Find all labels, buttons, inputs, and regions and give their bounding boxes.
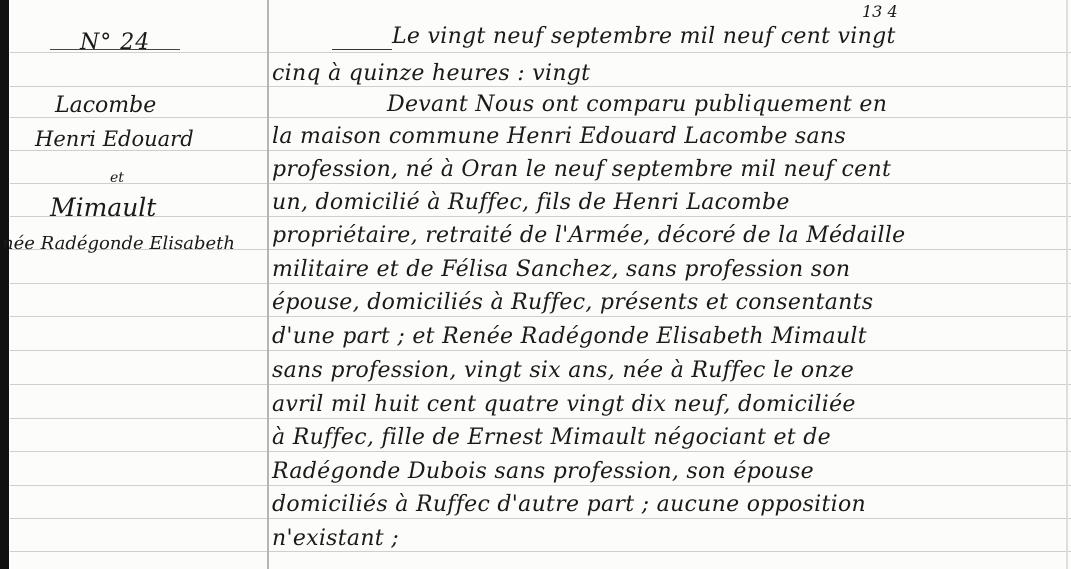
- register-page: N° 24 Lacombe Henri Edouard et Mimault n…: [0, 0, 1071, 569]
- body-line-3: Devant Nous ont comparu publiquement en: [387, 92, 887, 117]
- body-line-9: épouse, domiciliés à Ruffec, présents et…: [272, 290, 873, 315]
- body-line-16: n'existant ;: [272, 526, 399, 551]
- body-line-6: un, domicilié à Ruffec, fils de Henri La…: [272, 190, 790, 215]
- act-number: N° 24: [80, 30, 150, 55]
- act-body: 13 4 Le vingt neuf septembre mil neuf ce…: [272, 0, 1067, 569]
- groom-given-names: Henri Edouard: [35, 127, 194, 151]
- body-line-2: cinq à quinze heures : vingt: [272, 61, 590, 86]
- body-line-4: la maison commune Henri Edouard Lacombe …: [272, 124, 846, 149]
- body-line-15: domiciliés à Ruffec d'autre part ; aucun…: [272, 492, 866, 517]
- margin-column: N° 24 Lacombe Henri Edouard et Mimault n…: [10, 0, 266, 569]
- body-line-12: avril mil huit cent quatre vingt dix neu…: [272, 392, 856, 417]
- groom-surname: Lacombe: [55, 93, 156, 118]
- body-line-11: sans profession, vingt six ans, née à Ru…: [272, 358, 854, 383]
- bride-given-names: née Radégonde Elisabeth: [2, 233, 235, 254]
- opening-underline: [332, 49, 392, 50]
- body-line-14: Radégonde Dubois sans profession, son ép…: [272, 459, 814, 484]
- body-line-10: d'une part ; et Renée Radégonde Elisabet…: [272, 324, 867, 349]
- margin-conjunction: et: [110, 170, 124, 186]
- body-line-5: profession, né à Oran le neuf septembre …: [272, 157, 891, 182]
- bride-surname: Mimault: [50, 193, 156, 222]
- act-number-underline: [50, 49, 180, 50]
- body-line-7: propriétaire, retraité de l'Armée, décor…: [272, 223, 906, 248]
- body-line-8: militaire et de Félisa Sanchez, sans pro…: [272, 257, 850, 282]
- body-line-13: à Ruffec, fille de Ernest Mimault négoci…: [272, 425, 831, 450]
- inserted-correction: 13 4: [862, 2, 898, 21]
- binding-edge: [0, 0, 9, 569]
- body-line-1: Le vingt neuf septembre mil neuf cent vi…: [392, 24, 896, 49]
- margin-rule: [267, 0, 269, 569]
